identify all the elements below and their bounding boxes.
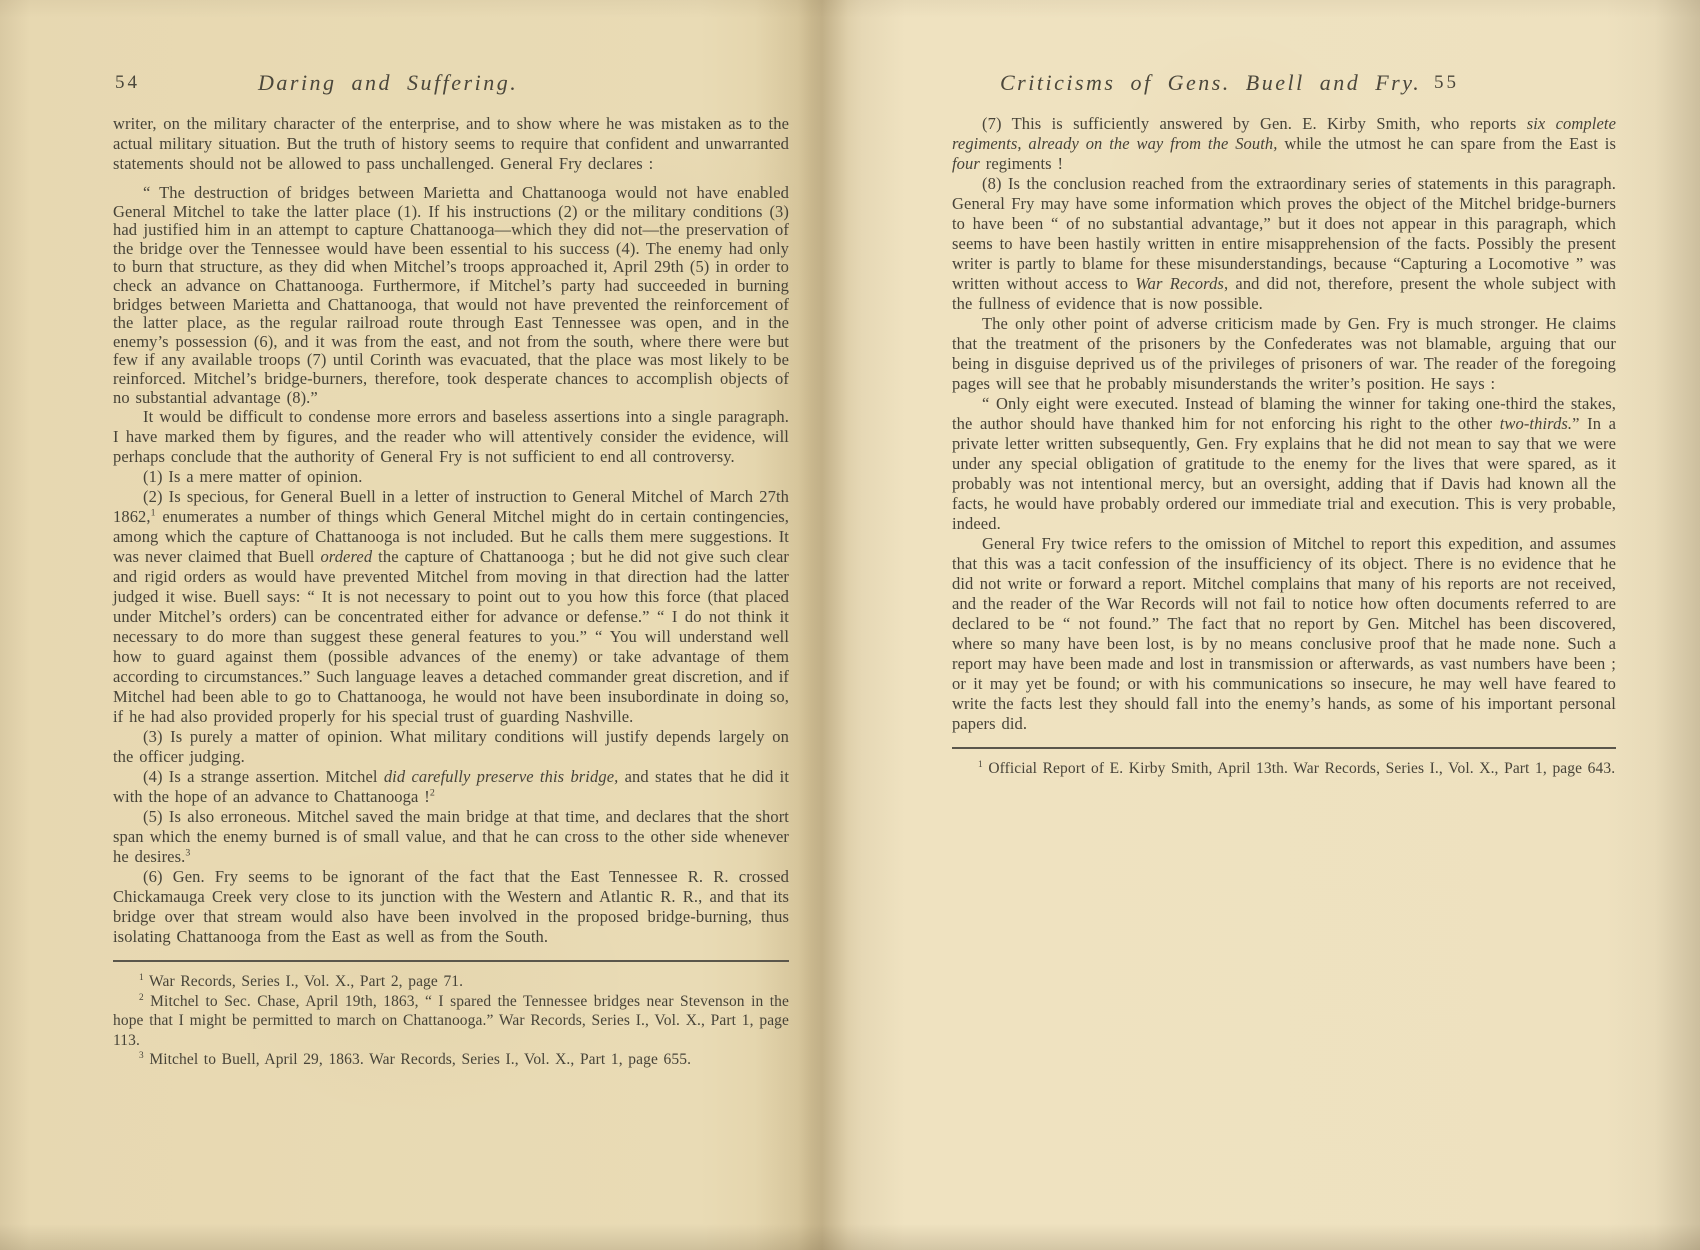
right-page-header: Criticisms of Gens. Buell and Fry. 55: [952, 70, 1616, 114]
block-quote-paragraph: “ The destruction of bridges between Mar…: [113, 184, 789, 407]
page-number-right: 55: [1434, 73, 1459, 93]
footnote-rule: [952, 747, 1616, 749]
numbered-point-2: (2) Is specious, for General Buell in a …: [113, 487, 789, 727]
book-spread-scan: { "colors": { "paper": "#e9dbb5", "ink":…: [0, 0, 1700, 1250]
numbered-point-4: (4) Is a strange assertion. Mitchel did …: [113, 767, 789, 807]
footnote-1: 1 Official Report of E. Kirby Smith, Apr…: [952, 759, 1616, 779]
page-number-left: 54: [115, 73, 140, 93]
footnote-rule: [113, 960, 789, 962]
numbered-point-7: (7) This is sufficiently answered by Gen…: [952, 114, 1616, 174]
numbered-point-6: (6) Gen. Fry seems to be ignorant of the…: [113, 867, 789, 947]
numbered-point-1: (1) Is a mere matter of opinion.: [113, 467, 789, 487]
numbered-point-3: (3) Is purely a matter of opinion. What …: [113, 727, 789, 767]
running-head-left: Daring and Suffering.: [258, 70, 518, 96]
paragraph: writer, on the military character of the…: [113, 114, 789, 174]
footnotes-left: 1 War Records, Series I., Vol. X., Part …: [113, 972, 789, 1070]
footnotes-right: 1 Official Report of E. Kirby Smith, Apr…: [952, 759, 1616, 779]
paragraph: The only other point of adverse criticis…: [952, 314, 1616, 394]
left-page-header: 54 Daring and Suffering.: [113, 70, 789, 114]
footnote-1: 1 War Records, Series I., Vol. X., Part …: [113, 972, 789, 992]
paragraph: It would be difficult to condense more e…: [113, 407, 789, 467]
quote-paragraph: “ Only eight were executed. Instead of b…: [952, 394, 1616, 534]
numbered-point-8: (8) Is the conclusion reached from the e…: [952, 174, 1616, 314]
numbered-point-5: (5) Is also erroneous. Mitchel saved the…: [113, 807, 789, 867]
footnote-3: 3 Mitchel to Buell, April 29, 1863. War …: [113, 1050, 789, 1070]
running-head-right: Criticisms of Gens. Buell and Fry.: [1000, 70, 1421, 96]
paragraph: General Fry twice refers to the omission…: [952, 534, 1616, 734]
footnote-2: 2 Mitchel to Sec. Chase, April 19th, 186…: [113, 992, 789, 1051]
right-page: Criticisms of Gens. Buell and Fry. 55 (7…: [952, 70, 1616, 779]
left-page: 54 Daring and Suffering. writer, on the …: [113, 70, 789, 1070]
